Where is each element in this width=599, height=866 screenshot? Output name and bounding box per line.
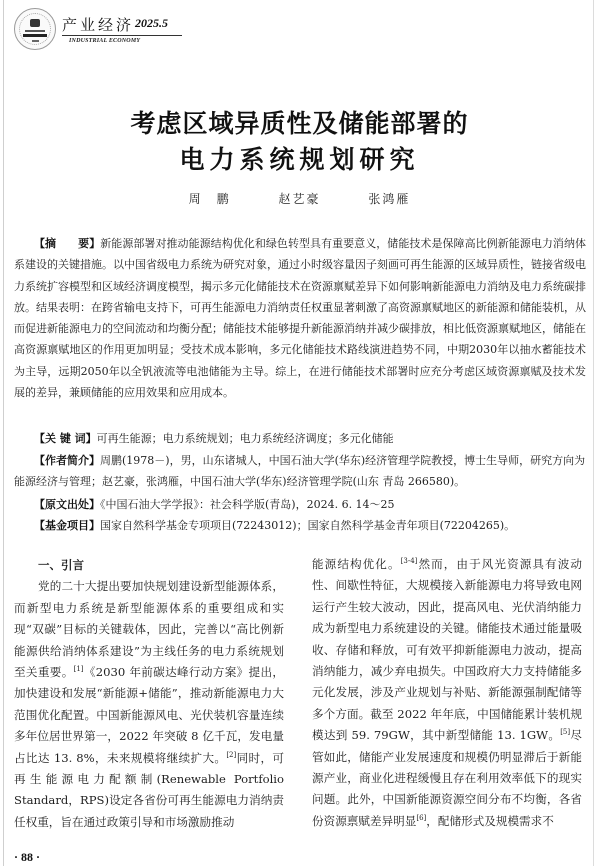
article-title-line1: 考虑区域异质性及储能部署的: [0, 104, 599, 140]
funding-text: 国家自然科学基金专项项目(72243012)；国家自然科学基金青年项目(7220…: [100, 519, 515, 532]
author-bio: 【作者简介】周鹏(1978－)，男，山东诸城人，中国石油大学(华东)经济管理学院…: [14, 450, 586, 493]
keywords-label: 【关 键 词】: [34, 432, 97, 445]
abstract: 【摘 要】新能源部署对推动能源结构优化和绿色转型具有重要意义，储能技术是保障高比…: [14, 233, 586, 403]
body-paragraph: 党的二十大提出要加快规划建设新型能源体系，而新型电力系统是新型能源体系的重要组成…: [14, 576, 284, 833]
section-heading: 一、引言: [14, 555, 284, 576]
citation: [2]: [226, 751, 236, 759]
source: 【原文出处】《中国石油大学学报》：社会科学版(青岛)，2024. 6. 14～2…: [14, 494, 586, 515]
funding-label: 【基金项目】: [34, 519, 100, 532]
funding: 【基金项目】国家自然科学基金专项项目(72243012)；国家自然科学基金青年项…: [14, 515, 586, 536]
header-rule: [62, 35, 182, 36]
source-text: 《中国石油大学学报》：社会科学版(青岛)，2024. 6. 14～25: [100, 498, 395, 511]
abstract-text: 新能源部署对推动能源结构优化和绿色转型具有重要意义，储能技术是保障高比例新能源电…: [14, 237, 586, 399]
keywords-text: 可再生能源；电力系统规划；电力系统经济调度；多元化储能: [97, 432, 394, 445]
abstract-label: 【摘 要】: [34, 237, 100, 250]
citation: [3-4]: [401, 557, 418, 565]
journal-name: 产业经济: [62, 14, 134, 35]
citation: [1]: [74, 665, 84, 673]
body-column-left: 一、引言 党的二十大提出要加快规划建设新型能源体系，而新型电力系统是新型能源体系…: [14, 555, 284, 833]
page-number: · 88 ·: [14, 850, 40, 865]
author-name: 周 鹏: [189, 192, 231, 206]
citation: [6]: [416, 814, 426, 822]
body-column-right: 能源结构优化。[3-4]然而，由于风光资源具有波动性、间歇性特征，大规模接入新能…: [312, 554, 582, 832]
article-title-line2: 电力系统规划研究: [0, 140, 599, 176]
source-label: 【原文出处】: [34, 498, 100, 511]
keywords: 【关 键 词】可再生能源；电力系统规划；电力系统经济调度；多元化储能: [14, 428, 586, 449]
body-text: 然而，由于风光资源具有波动性、间歇性特征，大规模接入新能源电力将导致电网运行产生…: [312, 557, 582, 742]
body-paragraph: 能源结构优化。[3-4]然而，由于风光资源具有波动性、间歇性特征，大规模接入新能…: [312, 554, 582, 832]
author-bio-label: 【作者简介】: [34, 454, 100, 467]
journal-issue: 2025.5: [135, 16, 168, 31]
author-name: 赵艺豪: [278, 192, 320, 206]
journal-header: 产业经济 2025.5 INDUSTRIAL ECONOMY: [14, 8, 314, 52]
journal-name-en: INDUSTRIAL ECONOMY: [69, 38, 140, 44]
author-bio-text: 周鹏(1978－)，男，山东诸城人，中国石油大学(华东)经济管理学院教授，博士生…: [14, 454, 585, 488]
institution-seal-logo-icon: [14, 8, 56, 50]
citation: [5]: [560, 728, 570, 736]
author-list: 周 鹏 赵艺豪 张鸿雁: [0, 190, 599, 207]
body-text: ，配储形式及规模需求不: [426, 814, 554, 828]
body-text: 能源结构优化。: [312, 557, 401, 571]
author-name: 张鸿雁: [368, 192, 410, 206]
